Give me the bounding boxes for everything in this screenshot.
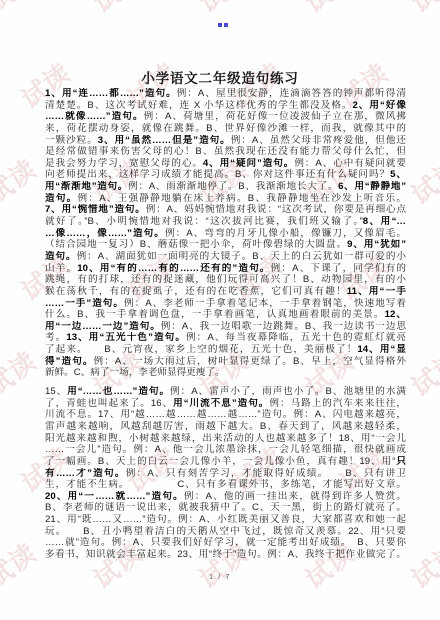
text-line: 川流不息。17、用“越……越……越……越……”造句。例：A、闪电越来越亮， bbox=[45, 409, 406, 421]
watermark: 试读 bbox=[0, 340, 42, 405]
text-line: 造句。例：A、王强静静地躺在床上养病。B、我静静地坐在沙发上听音乐。 bbox=[45, 193, 406, 205]
watermark: 试读 bbox=[404, 532, 440, 597]
text-line: 有……才”造句。例：A、只有刻苦学习，才能取得好成绩。 B、只有讲卫 bbox=[45, 468, 406, 480]
body-text: 例：A、雷声小了，雨声也小了。B、池塘里的水满 bbox=[170, 386, 406, 397]
pattern-marker-text: 12、 bbox=[385, 309, 406, 320]
body-text: 例：A、李老师一手拿着笔记本，一手拿着钢笔，快速地写着 bbox=[124, 298, 406, 309]
watermark: 试读 bbox=[192, 0, 254, 21]
text-line: 考。13、用“五光十色”造句。例：A、每当夜幕降临，五光十色的霓虹灯就亮 bbox=[45, 332, 406, 344]
body-text: 清楚楚。B、这次考试好难，连 X 小华这样优秀的学生都没及格。 bbox=[45, 100, 352, 111]
text-line: 15、用“……也……”造句。例：A、雷声小了，雨声也小了。B、池塘里的水满 bbox=[45, 386, 406, 398]
body-text: 山羊。 bbox=[45, 263, 77, 274]
pattern-marker-text: 造句。 bbox=[45, 193, 78, 204]
pattern-marker-text: ……一手”造句。 bbox=[45, 298, 124, 309]
text-line: 是经常做错事来伤害父母的心！B、虽然我现在还没有能力帮父母什么忙，但 bbox=[45, 146, 406, 158]
top-link-mark[interactable] bbox=[218, 23, 228, 27]
body-text: 雷声越来越响，风越刮越厉害，雨越下越大。B、春天到了，风越来越轻柔， bbox=[45, 421, 406, 432]
text-line: 了起来。 B、元宵夜，家乡上空的烟花，五光十色，美丽极了！14、用“显 bbox=[45, 344, 406, 356]
body-text: B、李老师的谜语一说出来，就被我猜中了。C、天一黑，街上的路灯就亮了。 bbox=[45, 502, 406, 513]
pattern-marker-text: 1、用“连……都……”造句。 bbox=[45, 88, 177, 99]
pattern-marker-text: 3、用“虽然……但是”造句。 bbox=[98, 135, 231, 146]
body-text: 了起来。 B、元宵夜，家乡上空的烟花，五光十色，美丽极了！ bbox=[45, 344, 357, 355]
body-text: 阳光越来越和煦，小树越来越绿，出来活动的人也越来越多了！18、用“一会儿 bbox=[45, 433, 406, 444]
text-line: 就好了。”B、小明惋惜地对我说：“这次拔河比赛，我们班又输了。”8、用“… bbox=[45, 216, 406, 228]
pattern-marker-text: 4、用“疑问”造句。 bbox=[203, 158, 294, 169]
body-text: （结合园地一复习）B、蘑菇像一把小伞，荷叶像碧绿的大圆盘。 bbox=[45, 239, 347, 250]
body-text: 21、用“既……又……”造句。例：A、小红既美丽又善良，大家都喜欢和她一起 bbox=[45, 514, 406, 525]
text-line: 山羊。10、用“有的……有的……还有的”造句。例：A、下课了，同学们有的 bbox=[45, 263, 406, 275]
paragraph: 15、用“……也……”造句。例：A、雷声小了，雨声也小了。B、池塘里的水满了，青… bbox=[45, 386, 406, 561]
watermark: 试读 bbox=[86, 0, 148, 21]
text-line: 造句。例：A、湖面犹如一面明亮的大镜子。B、天上的白云犹如一群可爱的小 bbox=[45, 251, 406, 263]
body-text: 例：A、心中有疑问就要 bbox=[294, 158, 406, 169]
body-text: 了一幅画。B、天上的白云一会儿像小羊，一会儿像小鱼，真有趣！19、用“ bbox=[45, 456, 395, 467]
body-text: 是我会努力学习，宽慰父母的心。 bbox=[45, 158, 203, 169]
body-text: 例：A、他的画一挂出来，就得到许多人赞赏。 bbox=[184, 491, 406, 502]
text-line: 用“一边……一边”造句。例：A、我一边唱歌一边跳舞。B、我一边读书一边思 bbox=[45, 321, 406, 333]
body-text: 考。 bbox=[45, 332, 66, 343]
body-text: 例：A、一场大雨过后，树叶显得更绿了。B、早上，空气显得格外 bbox=[94, 356, 406, 367]
text-body: 1、用“连……都……”造句。例：A、屋里很安静，连滴滴答答的钟声都听得清清楚楚。… bbox=[45, 88, 406, 561]
text-line: ……就”造句。例：A、只要我们好好学习，就一定能考出好成绩。 B、只要你 bbox=[45, 537, 406, 549]
pattern-marker-text: 2、用“好像 bbox=[352, 100, 406, 111]
text-line: 什么。B、我一手拿着调色盘，一手拿着画笔，认真地画着眼前的美景。12、 bbox=[45, 309, 406, 321]
body-text: 例：A、屋里很安静，连滴滴答答的钟声都听得清 bbox=[177, 88, 406, 99]
text-line: 1、用“连……都……”造句。例：A、屋里很安静，连滴滴答答的钟声都听得清 bbox=[45, 88, 406, 100]
body-text: ……一会儿”造句。例：A、他一会儿浓墨涂抹，一会儿轻笔细描，很快就画成 bbox=[45, 444, 406, 455]
watermark: 试读 bbox=[404, 340, 440, 405]
pattern-marker-text: 6、用“静静地” bbox=[338, 181, 406, 192]
body-text: 川流不息。17、用“越……越……越……越……”造句。例：A、闪电越来越亮， bbox=[45, 409, 406, 420]
pattern-marker-text: 9、用“犹如” bbox=[347, 239, 406, 250]
text-line: 猴在荡秋千，有的在捉虱子，还有的在吃香蕉，它们可真有趣！11、用“一手 bbox=[45, 286, 406, 298]
body-text: 例：A、王强静静地躺在床上养病。B、我静静地坐在沙发上听音乐。 bbox=[78, 193, 406, 204]
watermark: 试读 bbox=[0, 532, 42, 597]
text-line: 雷声越来越响，风越刮越厉害，雨越下越大。B、春天到了，风越来越轻柔， bbox=[45, 421, 406, 433]
text-line: 21、用“既……又……”造句。例：A、小红既美丽又善良，大家都喜欢和她一起 bbox=[45, 514, 406, 526]
paragraph: 1、用“连……都……”造句。例：A、屋里很安静，连滴滴答答的钟声都听得清清楚楚。… bbox=[45, 88, 406, 379]
text-line: 向老师提出来，这样学习成绩才能提高。B、你对这件事还有什么疑问吗？5、 bbox=[45, 169, 406, 181]
pattern-marker-text: 得”造句。 bbox=[45, 356, 94, 367]
pattern-marker-text: ……就像……”造句。 bbox=[45, 111, 144, 122]
body-text: 15、 bbox=[45, 386, 67, 397]
body-text: 了，青蛙也叫起来了。16、 bbox=[45, 398, 173, 409]
body-text: 来，荷花摆动身姿，就像在跳舞。B、世界好像沙滩一样，而我，就像其中的 bbox=[45, 123, 406, 134]
watermark: 试读 bbox=[0, 148, 42, 213]
text-line: 新鲜。C、病了一场，李老师显得更瘦了。 bbox=[45, 367, 406, 379]
body-text: 例：A、雨渐渐地停了。B、我渐渐地长大了。 bbox=[128, 181, 338, 192]
body-text: 生，才能不生病。 C、只有多看课外书，多练笔，才能写出好文章。 bbox=[45, 479, 406, 490]
text-line: …像……，像……”造句。例：A、弯弯的月牙儿像小船，像镰刀，又像眉毛。 bbox=[45, 228, 406, 240]
body-text: 什么。B、我一手拿着调色盘，一手拿着画笔，认真地画着眼前的美景。 bbox=[45, 309, 385, 320]
text-line: 20、用“一……就……”造句。例：A、他的画一挂出来，就得到许多人赞赏。 bbox=[45, 491, 406, 503]
pattern-marker-text: 有……才”造句。 bbox=[45, 468, 126, 479]
watermark: 试读 bbox=[0, 0, 42, 21]
pattern-marker-text: …像……，像……”造句。 bbox=[45, 228, 165, 239]
text-line: 一颗沙粒。3、用“虽然……但是”造句。例：A、虽然父母非常疼爱他，但他还 bbox=[45, 135, 406, 147]
body-text: 向老师提出来，这样学习成绩才能提高。B、你对这件事还有什么疑问吗？ bbox=[45, 169, 390, 180]
body-text: 例：马路上的汽车来来往往， bbox=[269, 398, 406, 409]
pattern-marker-text: 8、用“… bbox=[363, 216, 406, 227]
text-line: 是我会努力学习，宽慰父母的心。4、用“疑问”造句。例：A、心中有疑问就要 bbox=[45, 158, 406, 170]
text-line: 来，荷花摆动身姿，就像在跳舞。B、世界好像沙滩一样，而我，就像其中的 bbox=[45, 123, 406, 135]
body-text: 例：A、湖面犹如一面明亮的大镜子。B、天上的白云犹如一群可爱的小 bbox=[77, 251, 406, 262]
body-text: 一颗沙粒。 bbox=[45, 135, 98, 146]
watermark: 试读 bbox=[404, 148, 440, 213]
pattern-marker-text: 11、用“一手 bbox=[347, 286, 406, 297]
pattern-marker-text: 用“……也……”造句。 bbox=[67, 386, 170, 397]
body-text: 例：A、虽然父母非常疼爱他，但他还 bbox=[231, 135, 406, 146]
body-text: 就好了。”B、小明惋惜地对我说：“这次拔河比赛，我们班又输了。” bbox=[45, 216, 363, 227]
body-text: 例：A、妈妈惋惜地对我说：“这次考试，你要是再细心点 bbox=[146, 204, 406, 215]
pattern-marker-text: 13、用“五光十色”造句。 bbox=[66, 332, 186, 343]
pattern-marker-text: 用“一边……一边”造句。 bbox=[45, 321, 161, 332]
pattern-marker-text: 用“川流不息”造句。 bbox=[173, 398, 269, 409]
text-line: 阳光越来越和煦，小树越来越绿，出来活动的人也越来越多了！18、用“一会儿 bbox=[45, 433, 406, 445]
page-number: 1 / 7 bbox=[0, 572, 440, 581]
text-line: 多看书，知识就会丰富起来。23、用“终于”造句。例：A、我终于把作业做完了。 bbox=[45, 549, 406, 561]
pattern-marker-text: 造句。 bbox=[45, 251, 77, 262]
pattern-marker-text: 14、用“显 bbox=[357, 344, 406, 355]
text-line: B、李老师的谜语一说出来，就被我猜中了。C、天一黑，街上的路灯就亮了。 bbox=[45, 502, 406, 514]
body-text: 新鲜。C、病了一场，李老师显得更瘦了。 bbox=[45, 367, 225, 378]
text-line: 了，青蛙也叫起来了。16、用“川流不息”造句。例：马路上的汽车来来往往， bbox=[45, 398, 406, 410]
text-line: ……就像……”造句。例：A、荷塘里，荷花好像一位凌波仙子立在那，微风拂 bbox=[45, 111, 406, 123]
pattern-marker-text: 10、用“有的……有的……还有的”造句。 bbox=[77, 263, 270, 274]
text-line: 清楚楚。B、这次考试好难，连 X 小华这样优秀的学生都没及格。2、用“好像 bbox=[45, 100, 406, 112]
pattern-marker-text: 7、用“惋惜地”造句。 bbox=[45, 204, 146, 215]
text-line: 用“渐渐地”造句。例：A、雨渐渐地停了。B、我渐渐地长大了。6、用“静静地” bbox=[45, 181, 406, 193]
text-line: ……一手”造句。例：A、李老师一手拿着笔记本，一手拿着钢笔，快速地写着 bbox=[45, 298, 406, 310]
body-text: 猴在荡秋千，有的在捉虱子，还有的在吃香蕉，它们可真有趣！ bbox=[45, 286, 347, 297]
text-line: ……一会儿”造句。例：A、他一会儿浓墨涂抹，一会儿轻笔细描，很快就画成 bbox=[45, 444, 406, 456]
watermark: 试读 bbox=[298, 0, 360, 21]
pattern-marker-text: 用“渐渐地”造句。 bbox=[45, 181, 128, 192]
text-line: （结合园地一复习）B、蘑菇像一把小伞，荷叶像碧绿的大圆盘。9、用“犹如” bbox=[45, 239, 406, 251]
text-line: 了一幅画。B、天上的白云一会儿像小羊，一会儿像小鱼，真有趣！19、用“只 bbox=[45, 456, 406, 468]
pattern-marker-text: 只 bbox=[395, 456, 406, 467]
body-text: 多看书，知识就会丰富起来。23、用“终于”造句。例：A、我终于把作业做完了。 bbox=[45, 549, 406, 560]
body-text: 例：A、只有刻苦学习，才能取得好成绩。 B、只有讲卫 bbox=[126, 468, 406, 479]
document-page: 试读试读试读试读试读试读试读试读试读试读试读试读试读试读试读试读试读试读试读试读… bbox=[0, 0, 440, 620]
body-text: 例：A、弯弯的月牙儿像小船，像镰刀，又像眉毛。 bbox=[165, 228, 406, 239]
pattern-marker-text: 5、 bbox=[390, 169, 406, 180]
body-text: 例：A、下课了，同学们有的 bbox=[271, 263, 406, 274]
body-text: 是经常做错事来伤害父母的心！B、虽然我现在还没有能力帮父母什么忙，但 bbox=[45, 146, 406, 157]
document-title: 小学语文二年级造句练习 bbox=[0, 67, 440, 87]
body-text: 例：A、荷塘里，荷花好像一位凌波仙子立在那，微风拂 bbox=[144, 111, 406, 122]
body-text: 玩。 B、丑小鸭望着洁白的天鹅从空中飞过，既惊奇又羡慕。22、用“只要 bbox=[45, 526, 406, 537]
pattern-marker-text: 20、用“一……就……”造句。 bbox=[45, 491, 184, 502]
body-text: 例：A、每当夜幕降临，五光十色的霓虹灯就亮 bbox=[186, 332, 406, 343]
text-line: 跳绳，有的打球，还有的捉迷藏，他们玩得可高兴了！B、动物园里，有的小 bbox=[45, 274, 406, 286]
body-text: ……就”造句。例：A、只要我们好好学习，就一定能考出好成绩。 B、只要你 bbox=[45, 537, 406, 548]
text-line: 7、用“惋惜地”造句。例：A、妈妈惋惜地对我说：“这次考试，你要是再细心点 bbox=[45, 204, 406, 216]
watermark: 试读 bbox=[404, 0, 440, 21]
body-text: 例：A、我一边唱歌一边跳舞。B、我一边读书一边思 bbox=[161, 321, 406, 332]
text-line: 得”造句。例：A、一场大雨过后，树叶显得更绿了。B、早上，空气显得格外 bbox=[45, 356, 406, 368]
body-text: 跳绳，有的打球，还有的捉迷藏，他们玩得可高兴了！B、动物园里，有的小 bbox=[45, 274, 406, 285]
text-line: 生，才能不生病。 C、只有多看课外书，多练笔，才能写出好文章。 bbox=[45, 479, 406, 491]
text-line: 玩。 B、丑小鸭望着洁白的天鹅从空中飞过，既惊奇又羡慕。22、用“只要 bbox=[45, 526, 406, 538]
